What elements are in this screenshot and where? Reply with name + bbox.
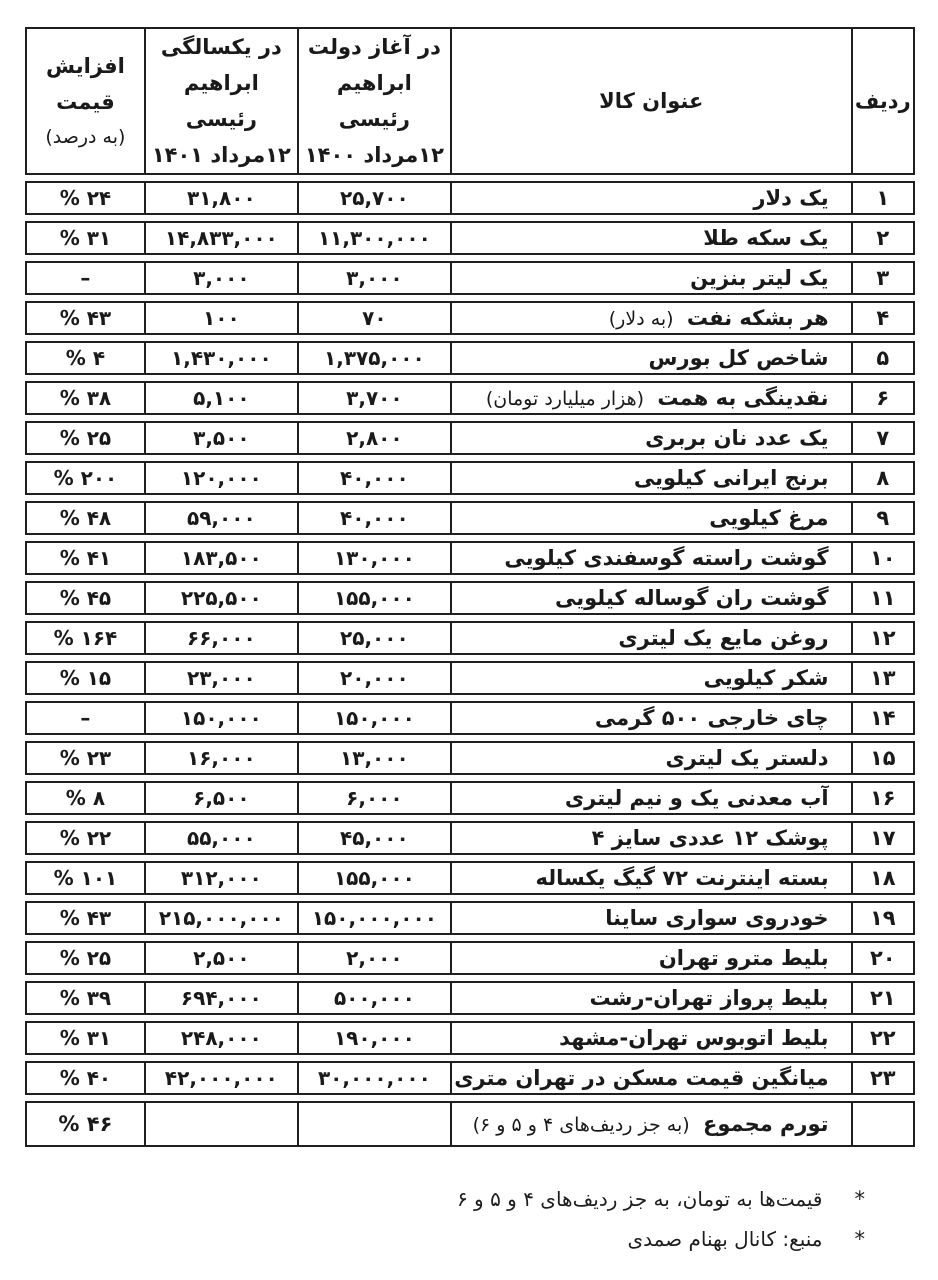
cell-price-end: ۶۹۴,۰۰۰ <box>144 981 297 1015</box>
cell-increase: ۴۰ % <box>25 1061 144 1095</box>
cell-item-title: روغن مایع یک لیتری <box>450 621 851 655</box>
item-title: آب معدنی یک و نیم لیتری <box>565 786 829 810</box>
cell-row-number: ۱۶ <box>851 781 915 815</box>
table-row: ۲۰ بلیط مترو تهران ۲,۰۰۰ ۲,۵۰۰ ۲۵ % <box>25 941 915 975</box>
footnotes: *قیمت‌ها به تومان، به جز ردیف‌های ۴ و ۵ … <box>25 1179 915 1259</box>
table-row: ۲۱ بلیط پرواز تهران-رشت ۵۰۰,۰۰۰ ۶۹۴,۰۰۰ … <box>25 981 915 1015</box>
item-title: بلیط مترو تهران <box>659 946 829 970</box>
column-header-row-number-label: ردیف <box>853 83 913 119</box>
cell-price-start: ۵۰۰,۰۰۰ <box>297 981 450 1015</box>
summary-row-number-cell <box>851 1101 915 1147</box>
table-row: ۹ مرغ کیلویی ۴۰,۰۰۰ ۵۹,۰۰۰ ۴۸ % <box>25 501 915 535</box>
table-row: ۱ یک دلار ۲۵,۷۰۰ ۳۱,۸۰۰ ۲۴ % <box>25 181 915 215</box>
cell-row-number: ۲ <box>851 221 915 255</box>
table-row: ۱۹ خودروی سواری ساینا ۱۵۰,۰۰۰,۰۰۰ ۲۱۵,۰۰… <box>25 901 915 935</box>
cell-price-end: ۳۱۲,۰۰۰ <box>144 861 297 895</box>
item-title: بلیط اتوبوس تهران-مشهد <box>559 1026 828 1050</box>
cell-increase: ۳۱ % <box>25 221 144 255</box>
cell-row-number: ۷ <box>851 421 915 455</box>
table-row: ۱۱ گوشت ران گوساله کیلویی ۱۵۵,۰۰۰ ۲۲۵,۵۰… <box>25 581 915 615</box>
item-title: شکر کیلویی <box>704 666 829 690</box>
summary-title: تورم مجموع <box>703 1112 829 1136</box>
table-row: ۶ نقدینگی به همت (هزار میلیارد تومان) ۳,… <box>25 381 915 415</box>
item-title: پوشک ۱۲ عددی سایز ۴ <box>592 826 829 850</box>
column-header-price-start: در آغاز دولت ابراهیم رئیسی ۱۲مرداد ۱۴۰۰ <box>297 27 450 175</box>
summary-price-start-cell <box>297 1101 450 1147</box>
price-comparison-table: ردیف عنوان کالا در آغاز دولت ابراهیم رئی… <box>25 21 915 1153</box>
cell-price-end: ۱۲۰,۰۰۰ <box>144 461 297 495</box>
cell-price-end: ۳,۵۰۰ <box>144 421 297 455</box>
cell-price-start: ۱۹۰,۰۰۰ <box>297 1021 450 1055</box>
cell-increase: ۴۵ % <box>25 581 144 615</box>
table-row: ۱۳ شکر کیلویی ۲۰,۰۰۰ ۲۳,۰۰۰ ۱۵ % <box>25 661 915 695</box>
column-header-increase: افزایش قیمت (به درصد) <box>25 27 144 175</box>
cell-increase: ۳۹ % <box>25 981 144 1015</box>
cell-increase: ۱۶۴ % <box>25 621 144 655</box>
cell-item-title: یک عدد نان بربری <box>450 421 851 455</box>
cell-price-start: ۲,۸۰۰ <box>297 421 450 455</box>
page: ردیف عنوان کالا در آغاز دولت ابراهیم رئی… <box>0 0 938 1259</box>
table-body: ۱ یک دلار ۲۵,۷۰۰ ۳۱,۸۰۰ ۲۴ % ۲ یک سکه طل… <box>25 181 915 1095</box>
cell-item-title: هر بشکه نفت (به دلار) <box>450 301 851 335</box>
summary-title-note: (به جز ردیف‌های ۴ و ۵ و ۶) <box>473 1114 690 1136</box>
table-row: ۱۶ آب معدنی یک و نیم لیتری ۶,۰۰۰ ۶,۵۰۰ ۸… <box>25 781 915 815</box>
table-row: ۲ یک سکه طلا ۱۱,۳۰۰,۰۰۰ ۱۴,۸۳۳,۰۰۰ ۳۱ % <box>25 221 915 255</box>
footnote-prices-unit: *قیمت‌ها به تومان، به جز ردیف‌های ۴ و ۵ … <box>25 1179 865 1219</box>
table-row: ۱۰ گوشت راسته گوسفندی کیلویی ۱۳۰,۰۰۰ ۱۸۳… <box>25 541 915 575</box>
table-header: ردیف عنوان کالا در آغاز دولت ابراهیم رئی… <box>25 27 915 175</box>
cell-increase: ۳۱ % <box>25 1021 144 1055</box>
cell-price-start: ۳۰,۰۰۰,۰۰۰ <box>297 1061 450 1095</box>
cell-item-title: خودروی سواری ساینا <box>450 901 851 935</box>
cell-item-title: یک سکه طلا <box>450 221 851 255</box>
item-title-note: (هزار میلیارد تومان) <box>486 388 644 410</box>
cell-price-end: ۳,۰۰۰ <box>144 261 297 295</box>
cell-item-title: میانگین قیمت مسکن در تهران متری <box>450 1061 851 1095</box>
header-row: ردیف عنوان کالا در آغاز دولت ابراهیم رئی… <box>25 27 915 175</box>
cell-price-start: ۲۵,۰۰۰ <box>297 621 450 655</box>
cell-row-number: ۱۵ <box>851 741 915 775</box>
item-title: هر بشکه نفت <box>687 306 829 330</box>
item-title: یک لیتر بنزین <box>690 266 828 290</box>
cell-row-number: ۶ <box>851 381 915 415</box>
cell-item-title: چای خارجی ۵۰۰ گرمی <box>450 701 851 735</box>
cell-increase: ۴۳ % <box>25 901 144 935</box>
cell-item-title: یک دلار <box>450 181 851 215</box>
footnote-source: *منبع: کانال بهنام صمدی <box>25 1219 865 1259</box>
cell-price-start: ۳,۷۰۰ <box>297 381 450 415</box>
cell-row-number: ۳ <box>851 261 915 295</box>
cell-row-number: ۱۰ <box>851 541 915 575</box>
cell-price-end: ۲,۵۰۰ <box>144 941 297 975</box>
cell-price-end: ۶۶,۰۰۰ <box>144 621 297 655</box>
cell-price-start: ۱۳۰,۰۰۰ <box>297 541 450 575</box>
cell-item-title: آب معدنی یک و نیم لیتری <box>450 781 851 815</box>
cell-row-number: ۱۷ <box>851 821 915 855</box>
asterisk-icon: * <box>855 1219 866 1259</box>
cell-increase: ۴۱ % <box>25 541 144 575</box>
cell-increase: ۲۳ % <box>25 741 144 775</box>
table-row: ۱۷ پوشک ۱۲ عددی سایز ۴ ۴۵,۰۰۰ ۵۵,۰۰۰ ۲۲ … <box>25 821 915 855</box>
cell-increase: ۳۸ % <box>25 381 144 415</box>
cell-price-end: ۶,۵۰۰ <box>144 781 297 815</box>
cell-increase: ۴ % <box>25 341 144 375</box>
cell-item-title: شکر کیلویی <box>450 661 851 695</box>
cell-increase: ۲۴ % <box>25 181 144 215</box>
cell-item-title: یک لیتر بنزین <box>450 261 851 295</box>
item-title: مرغ کیلویی <box>709 506 828 530</box>
item-title: شاخص کل بورس <box>649 346 829 370</box>
cell-price-start: ۲,۰۰۰ <box>297 941 450 975</box>
cell-price-start: ۷۰ <box>297 301 450 335</box>
cell-price-end: ۲۱۵,۰۰۰,۰۰۰ <box>144 901 297 935</box>
cell-row-number: ۹ <box>851 501 915 535</box>
cell-increase: ۴۸ % <box>25 501 144 535</box>
item-title: برنج ایرانی کیلویی <box>634 466 829 490</box>
cell-row-number: ۴ <box>851 301 915 335</box>
column-header-item-title: عنوان کالا <box>450 27 851 175</box>
cell-row-number: ۱۸ <box>851 861 915 895</box>
cell-price-start: ۴۵,۰۰۰ <box>297 821 450 855</box>
cell-item-title: گوشت ران گوساله کیلویی <box>450 581 851 615</box>
cell-price-start: ۱۵۵,۰۰۰ <box>297 861 450 895</box>
column-header-increase-label: افزایش قیمت <box>27 48 144 120</box>
cell-price-end: ۵,۱۰۰ <box>144 381 297 415</box>
cell-increase: – <box>25 701 144 735</box>
table-row: ۱۵ دلستر یک لیتری ۱۳,۰۰۰ ۱۶,۰۰۰ ۲۳ % <box>25 741 915 775</box>
cell-increase: ۲۰۰ % <box>25 461 144 495</box>
table-row: ۱۲ روغن مایع یک لیتری ۲۵,۰۰۰ ۶۶,۰۰۰ ۱۶۴ … <box>25 621 915 655</box>
cell-price-start: ۲۵,۷۰۰ <box>297 181 450 215</box>
item-title: یک عدد نان بربری <box>645 426 828 450</box>
cell-row-number: ۲۲ <box>851 1021 915 1055</box>
footnote-prices-unit-text: قیمت‌ها به تومان، به جز ردیف‌های ۴ و ۵ و… <box>457 1187 823 1211</box>
cell-price-end: ۱۰۰ <box>144 301 297 335</box>
cell-price-start: ۴۰,۰۰۰ <box>297 501 450 535</box>
table-row: ۵ شاخص کل بورس ۱,۳۷۵,۰۰۰ ۱,۴۳۰,۰۰۰ ۴ % <box>25 341 915 375</box>
column-header-increase-unit: (به درصد) <box>27 120 144 154</box>
cell-item-title: بسته اینترنت ۷۲ گیگ یکساله <box>450 861 851 895</box>
cell-price-end: ۱۴,۸۳۳,۰۰۰ <box>144 221 297 255</box>
item-title: روغن مایع یک لیتری <box>618 626 828 650</box>
cell-increase: ۱۵ % <box>25 661 144 695</box>
cell-price-end: ۲۳,۰۰۰ <box>144 661 297 695</box>
cell-increase: ۲۵ % <box>25 941 144 975</box>
cell-row-number: ۱۴ <box>851 701 915 735</box>
table-row: ۳ یک لیتر بنزین ۳,۰۰۰ ۳,۰۰۰ – <box>25 261 915 295</box>
summary-row: تورم مجموع (به جز ردیف‌های ۴ و ۵ و ۶) ۴۶… <box>25 1101 915 1147</box>
cell-price-end: ۵۹,۰۰۰ <box>144 501 297 535</box>
table-row: ۱۴ چای خارجی ۵۰۰ گرمی ۱۵۰,۰۰۰ ۱۵۰,۰۰۰ – <box>25 701 915 735</box>
cell-item-title: بلیط پرواز تهران-رشت <box>450 981 851 1015</box>
cell-row-number: ۸ <box>851 461 915 495</box>
cell-row-number: ۵ <box>851 341 915 375</box>
summary-price-end-cell <box>144 1101 297 1147</box>
summary-increase-cell: ۴۶ % <box>25 1101 144 1147</box>
item-title: گوشت راسته گوسفندی کیلویی <box>504 546 828 570</box>
cell-price-start: ۱۵۰,۰۰۰ <box>297 701 450 735</box>
cell-row-number: ۱۱ <box>851 581 915 615</box>
cell-price-start: ۱۵۵,۰۰۰ <box>297 581 450 615</box>
cell-increase: ۱۰۱ % <box>25 861 144 895</box>
table-row: ۲۳ میانگین قیمت مسکن در تهران متری ۳۰,۰۰… <box>25 1061 915 1095</box>
item-title: دلستر یک لیتری <box>666 746 829 770</box>
cell-item-title: نقدینگی به همت (هزار میلیارد تومان) <box>450 381 851 415</box>
item-title: خودروی سواری ساینا <box>605 906 828 930</box>
cell-increase: ۴۳ % <box>25 301 144 335</box>
table-row: ۲۲ بلیط اتوبوس تهران-مشهد ۱۹۰,۰۰۰ ۲۴۸,۰۰… <box>25 1021 915 1055</box>
item-title: چای خارجی ۵۰۰ گرمی <box>595 706 829 730</box>
column-header-price-end: در یکسالگی ابراهیم رئیسی ۱۲مرداد ۱۴۰۱ <box>144 27 297 175</box>
cell-item-title: مرغ کیلویی <box>450 501 851 535</box>
cell-item-title: برنج ایرانی کیلویی <box>450 461 851 495</box>
cell-increase: – <box>25 261 144 295</box>
cell-price-end: ۱۸۳,۵۰۰ <box>144 541 297 575</box>
cell-price-end: ۵۵,۰۰۰ <box>144 821 297 855</box>
cell-row-number: ۱۲ <box>851 621 915 655</box>
cell-increase: ۲۵ % <box>25 421 144 455</box>
cell-price-end: ۱۵۰,۰۰۰ <box>144 701 297 735</box>
column-header-price-start-label: در آغاز دولت ابراهیم رئیسی ۱۲مرداد ۱۴۰۰ <box>299 29 450 173</box>
cell-item-title: بلیط اتوبوس تهران-مشهد <box>450 1021 851 1055</box>
cell-price-start: ۱۵۰,۰۰۰,۰۰۰ <box>297 901 450 935</box>
footnote-source-text: منبع: کانال بهنام صمدی <box>627 1227 822 1251</box>
cell-row-number: ۱۹ <box>851 901 915 935</box>
item-title-note: (به دلار) <box>609 308 674 330</box>
cell-price-start: ۴۰,۰۰۰ <box>297 461 450 495</box>
cell-price-end: ۱۶,۰۰۰ <box>144 741 297 775</box>
table-row: ۷ یک عدد نان بربری ۲,۸۰۰ ۳,۵۰۰ ۲۵ % <box>25 421 915 455</box>
table-row: ۱۸ بسته اینترنت ۷۲ گیگ یکساله ۱۵۵,۰۰۰ ۳۱… <box>25 861 915 895</box>
cell-price-start: ۱۱,۳۰۰,۰۰۰ <box>297 221 450 255</box>
cell-row-number: ۲۱ <box>851 981 915 1015</box>
item-title: بسته اینترنت ۷۲ گیگ یکساله <box>535 866 828 890</box>
cell-increase: ۲۲ % <box>25 821 144 855</box>
column-header-price-end-label: در یکسالگی ابراهیم رئیسی ۱۲مرداد ۱۴۰۱ <box>146 29 297 173</box>
cell-item-title: پوشک ۱۲ عددی سایز ۴ <box>450 821 851 855</box>
cell-price-end: ۱,۴۳۰,۰۰۰ <box>144 341 297 375</box>
cell-price-end: ۴۲,۰۰۰,۰۰۰ <box>144 1061 297 1095</box>
item-title: گوشت ران گوساله کیلویی <box>555 586 829 610</box>
table-footer: تورم مجموع (به جز ردیف‌های ۴ و ۵ و ۶) ۴۶… <box>25 1101 915 1147</box>
cell-item-title: گوشت راسته گوسفندی کیلویی <box>450 541 851 575</box>
cell-row-number: ۲۰ <box>851 941 915 975</box>
item-title: یک سکه طلا <box>703 226 828 250</box>
asterisk-icon: * <box>855 1179 866 1219</box>
item-title: بلیط پرواز تهران-رشت <box>590 986 829 1010</box>
cell-price-start: ۳,۰۰۰ <box>297 261 450 295</box>
cell-price-end: ۲۴۸,۰۰۰ <box>144 1021 297 1055</box>
cell-price-end: ۲۲۵,۵۰۰ <box>144 581 297 615</box>
cell-increase: ۸ % <box>25 781 144 815</box>
item-title: یک دلار <box>753 186 828 210</box>
column-header-item-title-label: عنوان کالا <box>452 83 851 119</box>
item-title: نقدینگی به همت <box>657 386 828 410</box>
cell-row-number: ۱۳ <box>851 661 915 695</box>
table-row: ۴ هر بشکه نفت (به دلار) ۷۰ ۱۰۰ ۴۳ % <box>25 301 915 335</box>
cell-item-title: بلیط مترو تهران <box>450 941 851 975</box>
cell-price-start: ۲۰,۰۰۰ <box>297 661 450 695</box>
cell-row-number: ۱ <box>851 181 915 215</box>
cell-row-number: ۲۳ <box>851 1061 915 1095</box>
table-row: ۸ برنج ایرانی کیلویی ۴۰,۰۰۰ ۱۲۰,۰۰۰ ۲۰۰ … <box>25 461 915 495</box>
cell-price-start: ۱۳,۰۰۰ <box>297 741 450 775</box>
item-title: میانگین قیمت مسکن در تهران متری <box>454 1066 828 1090</box>
cell-price-start: ۱,۳۷۵,۰۰۰ <box>297 341 450 375</box>
cell-price-start: ۶,۰۰۰ <box>297 781 450 815</box>
cell-item-title: دلستر یک لیتری <box>450 741 851 775</box>
cell-item-title: شاخص کل بورس <box>450 341 851 375</box>
summary-title-cell: تورم مجموع (به جز ردیف‌های ۴ و ۵ و ۶) <box>450 1101 851 1147</box>
column-header-row-number: ردیف <box>851 27 915 175</box>
cell-price-end: ۳۱,۸۰۰ <box>144 181 297 215</box>
